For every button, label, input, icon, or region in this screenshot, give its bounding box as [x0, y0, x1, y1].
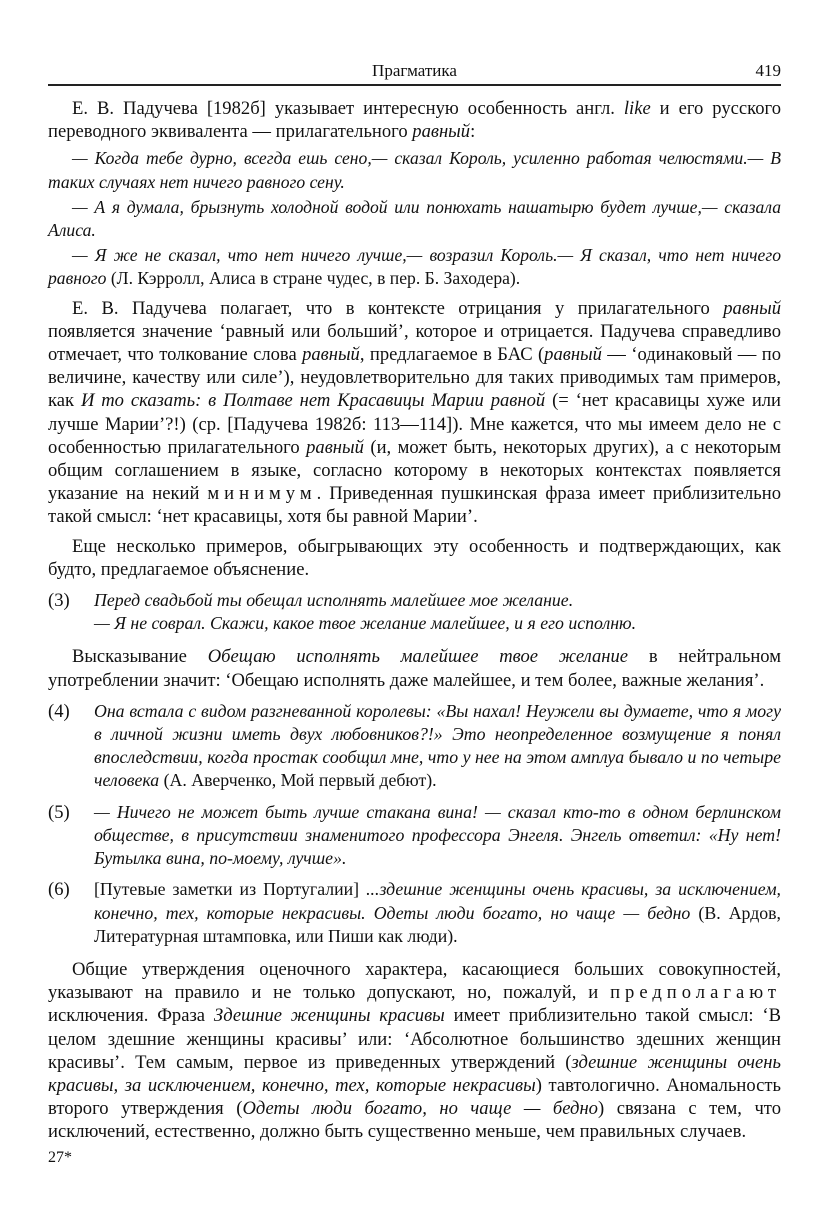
italic-run: И то сказать: в Полтаве нет Красавицы Ма… [81, 390, 545, 411]
example-6: (6) [Путевые заметки из Португалии] ...з… [48, 878, 781, 948]
dialog-line: — Я же не сказал, что нет ничего лучше,—… [48, 244, 781, 290]
example-5: (5) — Ничего не может быть лучше стакана… [48, 801, 781, 871]
example-line: Перед свадьбой ты обещал исполнять малей… [94, 589, 781, 612]
text-run: , предлагаемое в БАС ( [360, 344, 544, 365]
paragraph-analysis: Е. В. Падучева полагает, что в контексте… [48, 297, 781, 529]
dialog-line: — А я думала, брызнуть холодной водой ил… [48, 196, 781, 242]
italic-run: Одеты люди богато, но чаще — бедно [242, 1098, 598, 1119]
quoted-dialog: — Когда тебе дурно, всегда ешь сено,— ск… [48, 147, 781, 290]
text-run: [Путевые заметки из Португалии] [94, 879, 366, 899]
text-run: Еще несколько примеров, обыгрывающих эту… [48, 536, 781, 580]
text-run: (Л. Кэрролл, Алиса в стране чудес, в пер… [106, 268, 520, 288]
section-title: Прагматика [48, 58, 781, 84]
text-run: Е. В. Падучева полагает, что в контексте… [72, 298, 723, 319]
italic-run: — Ничего не может быть лучше стакана вин… [94, 802, 781, 868]
text-run: (А. Аверченко, Мой первый дебют). [159, 770, 436, 790]
example-line: — Ничего не может быть лучше стакана вин… [94, 801, 781, 871]
example-line: Она встала с видом разгневанной королевы… [94, 700, 781, 793]
paragraph-more-examples: Еще несколько примеров, обыгрывающих эту… [48, 535, 781, 581]
example-4: (4) Она встала с видом разгневанной коро… [48, 700, 781, 793]
dialog-line: — Когда тебе дурно, всегда ешь сено,— ск… [48, 147, 781, 193]
spaced-emphasis: минимум [207, 483, 316, 504]
paragraph-conclusion: Общие утверждения оценочного характера, … [48, 958, 781, 1144]
signature-mark: 27* [48, 1146, 781, 1169]
italic-run: равный [306, 437, 364, 458]
example-number: (3) [48, 589, 94, 635]
italic-run: — А я думала, брызнуть холодной водой ил… [48, 197, 781, 240]
example-line: [Путевые заметки из Португалии] ...здешн… [94, 878, 781, 948]
text-run: исключения. Фраза [48, 1005, 214, 1026]
italic-run: — Я не соврал. Скажи, какое твое желание… [94, 613, 636, 633]
text-run: : [470, 121, 475, 142]
example-number: (6) [48, 878, 94, 948]
example-body: — Ничего не может быть лучше стакана вин… [94, 801, 781, 871]
example-3: (3) Перед свадьбой ты обещал исполнять м… [48, 589, 781, 635]
example-number: (4) [48, 700, 94, 793]
spaced-emphasis: предполагают [610, 982, 781, 1003]
example-body: Она встала с видом разгневанной королевы… [94, 700, 781, 793]
italic-run: равный [723, 298, 781, 319]
italic-run: Обещаю исполнять малейшее твое желание [208, 646, 628, 667]
page-number: 419 [756, 58, 782, 84]
paragraph-intro: Е. В. Падучева [1982б] указывает интерес… [48, 97, 781, 143]
italic-run: равный [412, 121, 470, 142]
italic-run: — Когда тебе дурно, всегда ешь сено,— ск… [48, 148, 781, 191]
italic-run: like [624, 98, 651, 119]
paragraph-statement: Высказывание Обещаю исполнять малейшее т… [48, 645, 781, 691]
example-body: Перед свадьбой ты обещал исполнять малей… [94, 589, 781, 635]
italic-run: равный [302, 344, 360, 365]
example-number: (5) [48, 801, 94, 871]
italic-run: равный [544, 344, 602, 365]
text-run: Высказывание [72, 646, 208, 667]
text-run: Е. В. Падучева [1982б] указывает интерес… [72, 98, 624, 119]
italic-run: Здешние женщины красивы [214, 1005, 445, 1026]
running-head: Прагматика 419 [48, 58, 781, 86]
italic-run: Перед свадьбой ты обещал исполнять малей… [94, 590, 573, 610]
book-page: Прагматика 419 Е. В. Падучева [1982б] ук… [48, 58, 781, 1169]
example-body: [Путевые заметки из Португалии] ...здешн… [94, 878, 781, 948]
example-line: — Я не соврал. Скажи, какое твое желание… [94, 612, 781, 635]
